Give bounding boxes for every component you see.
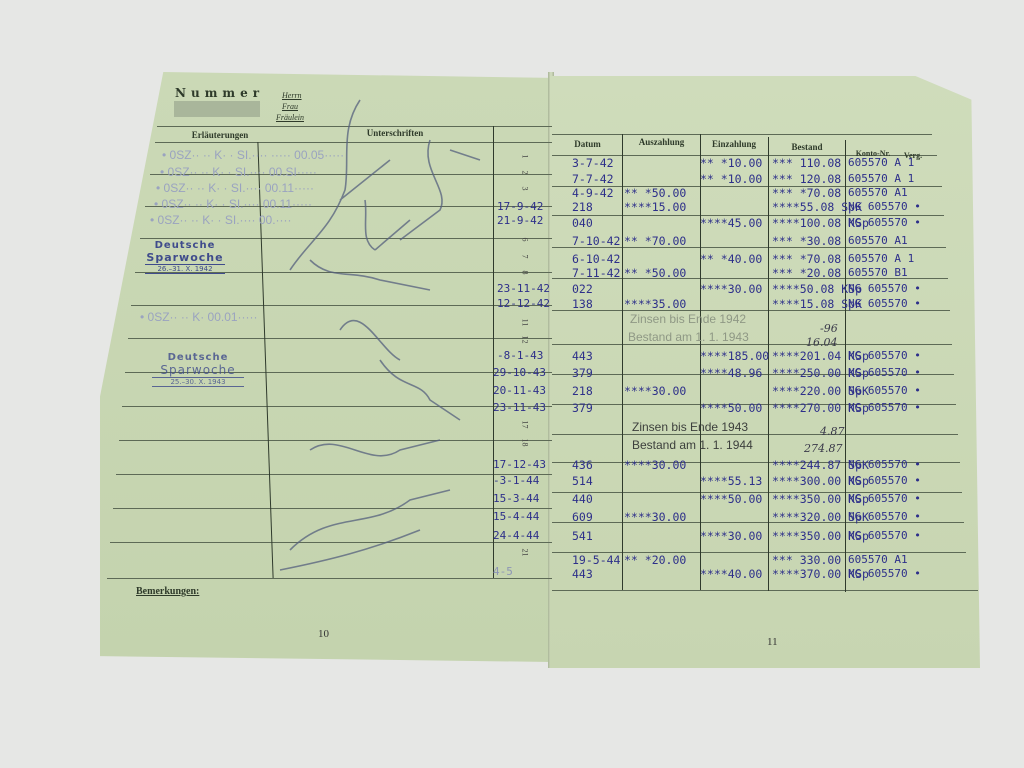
row-einzahlung: ****50.00 xyxy=(700,401,762,415)
left-date: 12-12-42 xyxy=(497,297,550,310)
left-date: 17-12-43 xyxy=(493,458,546,471)
row-bestand: *** *70.08 xyxy=(772,252,841,266)
row-number: 3 xyxy=(521,187,530,191)
row-number: 21 xyxy=(521,549,530,557)
stamp-line: 25.–30. X. 1943 xyxy=(152,378,244,387)
row-datum: 7-10-42 xyxy=(572,234,620,248)
row-konto: NG 605570 • xyxy=(848,366,921,379)
row-datum: 040 xyxy=(572,216,593,230)
left-date: 17-9-42 xyxy=(497,200,543,213)
row-datum: 443 xyxy=(572,567,593,581)
interest-1942-val2: 16.04 xyxy=(806,336,838,349)
row-datum: 7-11-42 xyxy=(572,266,620,280)
interest-1942-line1: Zinsen bis Ende 1942 xyxy=(630,312,746,326)
remarks-label: Bemerkungen: xyxy=(136,586,199,597)
row-konto: NG 605570 • xyxy=(848,567,921,580)
left-date: 24-4-44 xyxy=(493,529,539,542)
stamp-line: Deutsche xyxy=(145,240,225,251)
row-einzahlung: ** *40.00 xyxy=(700,252,762,266)
row-auszahlung: ** *70.00 xyxy=(624,234,686,248)
divider xyxy=(552,434,958,435)
row-konto: NG 605570 • xyxy=(848,282,921,295)
stamp-line: Sparwoche xyxy=(152,363,244,378)
divider xyxy=(552,344,952,345)
row-number: 11 xyxy=(520,319,529,327)
row-datum: 436 xyxy=(572,458,593,472)
row-auszahlung: ****30.00 xyxy=(624,384,686,398)
row-einzahlung: ** *10.00 xyxy=(700,156,762,170)
row-konto: 605570 A 1 xyxy=(848,252,914,265)
row-number: 7 xyxy=(521,255,530,259)
row-konto: NG 605570 • xyxy=(848,216,921,229)
row-einzahlung: ****40.00 xyxy=(700,567,762,581)
row-konto: NG 605570 • xyxy=(848,510,921,523)
interest-1943-line1: Zinsen bis Ende 1943 xyxy=(632,420,748,434)
interest-1942-val1: -96 xyxy=(820,322,838,335)
left-date: 15-4-44 xyxy=(493,510,539,523)
row-konto: NG 605570 • xyxy=(848,349,921,362)
row-number: 17 xyxy=(521,421,530,429)
row-number: 6 xyxy=(521,238,530,242)
row-einzahlung: ****30.00 xyxy=(700,282,762,296)
stamp-line: Deutsche xyxy=(152,352,244,363)
row-konto: NG 605570 • xyxy=(848,200,921,213)
sparwoche-stamp-1942: Deutsche Sparwoche 26.–31. X. 1942 xyxy=(145,240,225,274)
divider xyxy=(552,310,950,311)
row-datum: 022 xyxy=(572,282,593,296)
row-auszahlung: ** *50.00 xyxy=(624,186,686,200)
row-konto: NG 605570 • xyxy=(848,492,921,505)
left-date: 23-11-42 xyxy=(497,282,550,295)
page-number-left: 10 xyxy=(318,628,329,640)
row-bestand: *** *70.08 xyxy=(772,186,841,200)
row-datum: 218 xyxy=(572,384,593,398)
interest-1943-val2: 274.87 xyxy=(804,442,843,455)
row-konto: NG 605570 • xyxy=(848,474,921,487)
col-divider xyxy=(622,134,623,590)
faded-entry: • 0SZ·· ·· K· 00.01····· xyxy=(140,310,258,324)
row-datum: 138 xyxy=(572,297,593,311)
row-auszahlung: ** *50.00 xyxy=(624,266,686,280)
divider xyxy=(552,134,932,135)
divider xyxy=(552,590,978,591)
savings-passbook: Nummer Herrn Frau Fräulein Erläuterungen… xyxy=(0,0,1024,768)
row-einzahlung: ****30.00 xyxy=(700,529,762,543)
row-datum: 6-10-42 xyxy=(572,252,620,266)
row-konto: NG 605570 • xyxy=(848,401,921,414)
left-date: -3-1-44 xyxy=(493,474,539,487)
row-datum: 218 xyxy=(572,200,593,214)
col-auszahlung: Auszahlung xyxy=(624,137,699,147)
row-einzahlung: ** *10.00 xyxy=(700,172,762,186)
left-date: 15-3-44 xyxy=(493,492,539,505)
row-datum: 379 xyxy=(572,366,593,380)
row-datum: 3-7-42 xyxy=(572,156,614,170)
row-auszahlung: ** *20.00 xyxy=(624,553,686,567)
row-einzahlung: ****45.00 xyxy=(700,216,762,230)
row-bestand: *** *20.08 xyxy=(772,266,841,280)
interest-1942-line2: Bestand am 1. 1. 1943 xyxy=(628,330,749,344)
row-datum: 19-5-44 xyxy=(572,553,620,567)
row-konto: NG 605570 • xyxy=(848,458,921,471)
col-datum: Datum xyxy=(555,139,620,149)
row-bestand: *** 330.00 xyxy=(772,553,841,567)
row-konto: 605570 A1 xyxy=(848,553,908,566)
row-datum: 541 xyxy=(572,529,593,543)
col-divider xyxy=(768,137,769,591)
row-number: 2 xyxy=(521,171,530,175)
row-einzahlung: ****55.13 xyxy=(700,474,762,488)
page-number-right: 11 xyxy=(767,636,778,648)
row-datum: 7-7-42 xyxy=(572,172,614,186)
row-bestand: *** *30.08 xyxy=(772,234,841,248)
row-datum: 440 xyxy=(572,492,593,506)
sparwoche-stamp-1943: Deutsche Sparwoche 25.–30. X. 1943 xyxy=(152,352,244,387)
row-konto: 605570 A1 xyxy=(848,234,908,247)
row-number: 8 xyxy=(521,271,530,275)
row-konto: NG 605570 • xyxy=(848,297,921,310)
nummer-field xyxy=(174,101,260,117)
row-konto: 605570 A1 xyxy=(848,186,908,199)
left-date: 20-11-43 xyxy=(493,384,546,397)
stamp-line: 26.–31. X. 1942 xyxy=(145,265,225,274)
row-number: 18 xyxy=(521,439,530,447)
row-konto: NG 605570 • xyxy=(848,384,921,397)
row-bestand: *** 110.08 xyxy=(772,156,841,170)
row-auszahlung: ****30.00 xyxy=(624,458,686,472)
left-date: 29-10-43 xyxy=(493,366,546,379)
row-bestand: *** 120.08 xyxy=(772,172,841,186)
signatures-scribble xyxy=(250,90,500,590)
row-auszahlung: ****30.00 xyxy=(624,510,686,524)
row-datum: 514 xyxy=(572,474,593,488)
col-einzahlung: Einzahlung xyxy=(701,139,767,149)
left-date: 21-9-42 xyxy=(497,214,543,227)
left-date: -8-1-43 xyxy=(497,349,543,362)
left-date: 4-5 xyxy=(493,565,513,578)
row-number: 1 xyxy=(521,155,530,159)
row-auszahlung: ****15.00 xyxy=(624,200,686,214)
row-einzahlung: ****48.96 xyxy=(700,366,762,380)
row-datum: 379 xyxy=(572,401,593,415)
row-number: 12 xyxy=(521,336,530,344)
row-einzahlung: ****185.00 xyxy=(700,349,769,363)
row-konto: 605570 B1 xyxy=(848,266,908,279)
stamp-line: Sparwoche xyxy=(145,251,225,265)
left-date: 23-11-43 xyxy=(493,401,546,414)
row-einzahlung: ****50.00 xyxy=(700,492,762,506)
interest-1943-line2: Bestand am 1. 1. 1944 xyxy=(632,438,753,452)
interest-1943-val1: 4.87 xyxy=(820,425,845,438)
row-datum: 4-9-42 xyxy=(572,186,614,200)
row-konto: 605570 A 1 xyxy=(848,172,914,185)
col-bestand: Bestand xyxy=(770,142,844,152)
row-konto: 605570 A 1 xyxy=(848,156,914,169)
row-datum: 609 xyxy=(572,510,593,524)
row-auszahlung: ****35.00 xyxy=(624,297,686,311)
row-konto: NG 605570 • xyxy=(848,529,921,542)
row-datum: 443 xyxy=(572,349,593,363)
